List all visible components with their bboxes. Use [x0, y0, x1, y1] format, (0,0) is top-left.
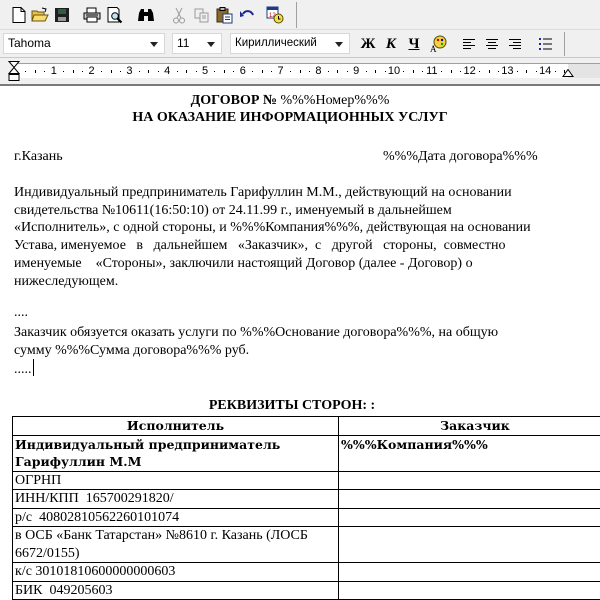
ruler-tick: [300, 70, 301, 73]
font-size-combo[interactable]: 11: [172, 33, 222, 54]
ruler-dot: [366, 71, 367, 72]
ruler[interactable]: 123456789101112131415: [0, 58, 600, 86]
table-cell[interactable]: [339, 471, 600, 490]
obligation-line: Заказчик обязуется оказать услуги по %%%…: [14, 324, 594, 342]
ruler-number: 13: [501, 65, 513, 77]
table-row: Индивидуальный предприниматель Гарифулли…: [13, 435, 600, 471]
ruler-dot: [441, 71, 442, 72]
ruler-dot: [517, 71, 518, 72]
ruler-number: 9: [353, 65, 359, 77]
requisites-heading: РЕКВИЗИТЫ СТОРОН: :: [0, 398, 600, 414]
ruler-tick: [224, 70, 225, 73]
insert-date-time-button[interactable]: 12: [266, 6, 284, 24]
undo-icon: [239, 9, 255, 21]
color-palette-icon: A: [429, 35, 447, 53]
contract-number-placeholder: %%%Номер%%%: [280, 93, 389, 108]
ruler-dot: [82, 71, 83, 72]
table-cell[interactable]: [339, 527, 600, 563]
table-cell[interactable]: %%%Компания%%%: [339, 435, 600, 471]
contract-subtitle: НА ОКАЗАНИЕ ИНФОРМАЦИОННЫХ УСЛУГ: [0, 110, 580, 126]
ruler-dot: [498, 71, 499, 72]
ruler-dot: [214, 71, 215, 72]
format-toolbar: Tahoma 11 Кириллический Ж К Ч A: [0, 30, 600, 58]
ruler-scale: 123456789101112131415: [12, 63, 568, 78]
ruler-number: 1: [51, 65, 57, 77]
intro-line: нижеследующем.: [14, 273, 588, 291]
font-name-value: Tahoma: [8, 36, 51, 50]
table-cell[interactable]: [339, 581, 600, 600]
binoculars-icon: [137, 8, 155, 22]
copy-icon: [194, 8, 210, 23]
table-cell[interactable]: в ОСБ «Банк Татарстан» №8610 г. Казань (…: [13, 527, 339, 563]
ruler-dot: [196, 71, 197, 72]
ruler-dot: [290, 71, 291, 72]
standard-toolbar: 12: [0, 0, 600, 30]
font-name-combo[interactable]: Tahoma: [3, 33, 165, 54]
undo-button[interactable]: [238, 6, 256, 24]
save-disk-icon: [54, 7, 70, 23]
column-header-executor: Исполнитель: [13, 417, 339, 436]
ruler-dot: [460, 71, 461, 72]
city-label: г.Казань: [14, 148, 63, 166]
print-button[interactable]: [83, 6, 101, 24]
ruler-tick: [413, 70, 414, 73]
ruler-tick: [262, 70, 263, 73]
table-row: ОГРНП: [13, 471, 600, 490]
table-header-row: Исполнитель Заказчик: [13, 417, 600, 436]
chevron-down-icon[interactable]: [207, 42, 215, 47]
align-left-button[interactable]: [460, 35, 478, 53]
ruler-dot: [177, 71, 178, 72]
table-cell[interactable]: [339, 563, 600, 582]
table-cell[interactable]: р/с 40802810562260101074: [13, 508, 339, 527]
right-indent-marker[interactable]: [562, 69, 574, 78]
intro-line: именуемые «Стороны», заключили настоящий…: [14, 255, 588, 273]
ruler-dot: [479, 71, 480, 72]
ruler-number: 4: [164, 65, 170, 77]
contract-title: ДОГОВОР № %%%Номер%%%: [0, 93, 580, 109]
ruler-number: 2: [89, 65, 95, 77]
ruler-dot: [158, 71, 159, 72]
chevron-down-icon[interactable]: [150, 42, 158, 47]
ruler-number: 14: [539, 65, 551, 77]
ruler-tick: [186, 70, 187, 73]
copy-button[interactable]: [193, 6, 211, 24]
ruler-number: 6: [240, 65, 246, 77]
ruler-number: 11: [426, 65, 437, 77]
ruler-number: 12: [463, 65, 475, 77]
table-cell[interactable]: [339, 508, 600, 527]
align-right-button[interactable]: [506, 35, 524, 53]
ruler-tick: [451, 70, 452, 73]
open-button[interactable]: [31, 6, 49, 24]
table-cell[interactable]: ОГРНП: [13, 471, 339, 490]
font-size-value: 11: [177, 36, 189, 50]
date-placeholder: %%%Дата договора%%%: [383, 148, 538, 166]
ruler-dot: [347, 71, 348, 72]
print-preview-icon: [107, 7, 123, 24]
charset-combo[interactable]: Кириллический: [230, 33, 350, 54]
italic-button[interactable]: К: [382, 35, 400, 53]
obligation-line: сумму %%%Сумма договора%%% руб.: [14, 342, 594, 360]
toolbar-separator: [564, 32, 565, 56]
align-left-icon: [463, 39, 475, 50]
ruler-number: 8: [315, 65, 321, 77]
ruler-dot: [63, 71, 64, 72]
ruler-number: 7: [278, 65, 284, 77]
table-row: к/с 30101810600000000603: [13, 563, 600, 582]
chevron-down-icon[interactable]: [335, 42, 343, 47]
left-indent-marker[interactable]: [8, 61, 20, 83]
intro-line: «Исполнитель», с одной стороны, и %%%Ком…: [14, 219, 588, 237]
charset-value: Кириллический: [235, 37, 317, 49]
ruler-dot: [44, 71, 45, 72]
table-cell[interactable]: [339, 490, 600, 509]
ruler-dot: [252, 71, 253, 72]
ruler-tick: [375, 70, 376, 73]
ruler-number: 5: [202, 65, 208, 77]
ruler-dot: [385, 71, 386, 72]
text-cursor: [33, 359, 34, 376]
ruler-dot: [328, 71, 329, 72]
ruler-number: 3: [126, 65, 132, 77]
intro-line: Индивидуальный предприниматель Гарифулли…: [14, 184, 588, 202]
ruler-tick: [526, 70, 527, 73]
bullets-button[interactable]: [536, 35, 554, 53]
cut-button[interactable]: [170, 6, 188, 24]
ellipsis: ....: [14, 304, 28, 322]
column-header-customer: Заказчик: [339, 417, 600, 436]
obligation-paragraph: Заказчик обязуется оказать услуги по %%%…: [14, 324, 594, 379]
toolbar-separator: [296, 2, 297, 28]
bold-button[interactable]: Ж: [359, 35, 377, 53]
ruler-dot: [555, 71, 556, 72]
intro-line: Устава, именуемое в дальнейшем «Заказчик…: [14, 237, 588, 255]
ruler-dot: [271, 71, 272, 72]
ruler-dot: [101, 71, 102, 72]
table-row: ИНН/КПП 165700291820/: [13, 490, 600, 509]
table-row: р/с 40802810562260101074: [13, 508, 600, 527]
ruler-dot: [422, 71, 423, 72]
paste-button[interactable]: [215, 6, 233, 24]
ruler-tick: [73, 70, 74, 73]
color-button[interactable]: A: [429, 35, 447, 53]
open-folder-icon: [31, 7, 49, 23]
table-row: БИК 049205603: [13, 581, 600, 600]
ellipsis: .....: [14, 362, 32, 377]
table-row: в ОСБ «Банк Татарстан» №8610 г. Казань (…: [13, 527, 600, 563]
ruler-tick: [111, 70, 112, 73]
ruler-tick: [35, 70, 36, 73]
find-button[interactable]: [137, 6, 155, 24]
scissors-icon: [173, 7, 185, 24]
align-center-button[interactable]: [483, 35, 501, 53]
ruler-dot: [139, 71, 140, 72]
table-cell[interactable]: к/с 30101810600000000603: [13, 563, 339, 582]
align-center-icon: [486, 39, 498, 50]
calendar-clock-icon: 12: [266, 6, 284, 24]
table-cell[interactable]: ИНН/КПП 165700291820/: [13, 490, 339, 509]
intro-line: свидетельства №10611(16:50:10) от 24.11.…: [14, 202, 588, 220]
new-document-button[interactable]: [10, 6, 28, 24]
align-right-icon: [509, 39, 521, 50]
intro-paragraph: Индивидуальный предприниматель Гарифулли…: [14, 184, 588, 290]
table-cell[interactable]: БИК 049205603: [13, 581, 339, 600]
underline-button[interactable]: Ч: [405, 35, 423, 53]
ruler-tick: [148, 70, 149, 73]
ruler-dot: [403, 71, 404, 72]
print-preview-button[interactable]: [106, 6, 124, 24]
ruler-dot: [536, 71, 537, 72]
ruler-tick: [337, 70, 338, 73]
ellipsis-with-cursor: .....: [14, 359, 594, 379]
new-document-icon: [12, 7, 26, 23]
table-cell[interactable]: Индивидуальный предприниматель Гарифулли…: [13, 435, 339, 471]
printer-icon: [83, 7, 101, 23]
save-button[interactable]: [53, 6, 71, 24]
requisites-table: Исполнитель Заказчик Индивидуальный пред…: [12, 416, 600, 600]
ruler-dot: [120, 71, 121, 72]
ruler-tick: [489, 70, 490, 73]
bullet-list-icon: [539, 38, 552, 50]
ruler-dot: [309, 71, 310, 72]
paste-icon: [216, 7, 233, 24]
document-page[interactable]: ДОГОВОР № %%%Номер%%% НА ОКАЗАНИЕ ИНФОРМ…: [0, 88, 600, 600]
ruler-dot: [233, 71, 234, 72]
svg-text:A: A: [430, 44, 437, 53]
ruler-number: 10: [388, 65, 400, 77]
ruler-dot: [25, 71, 26, 72]
